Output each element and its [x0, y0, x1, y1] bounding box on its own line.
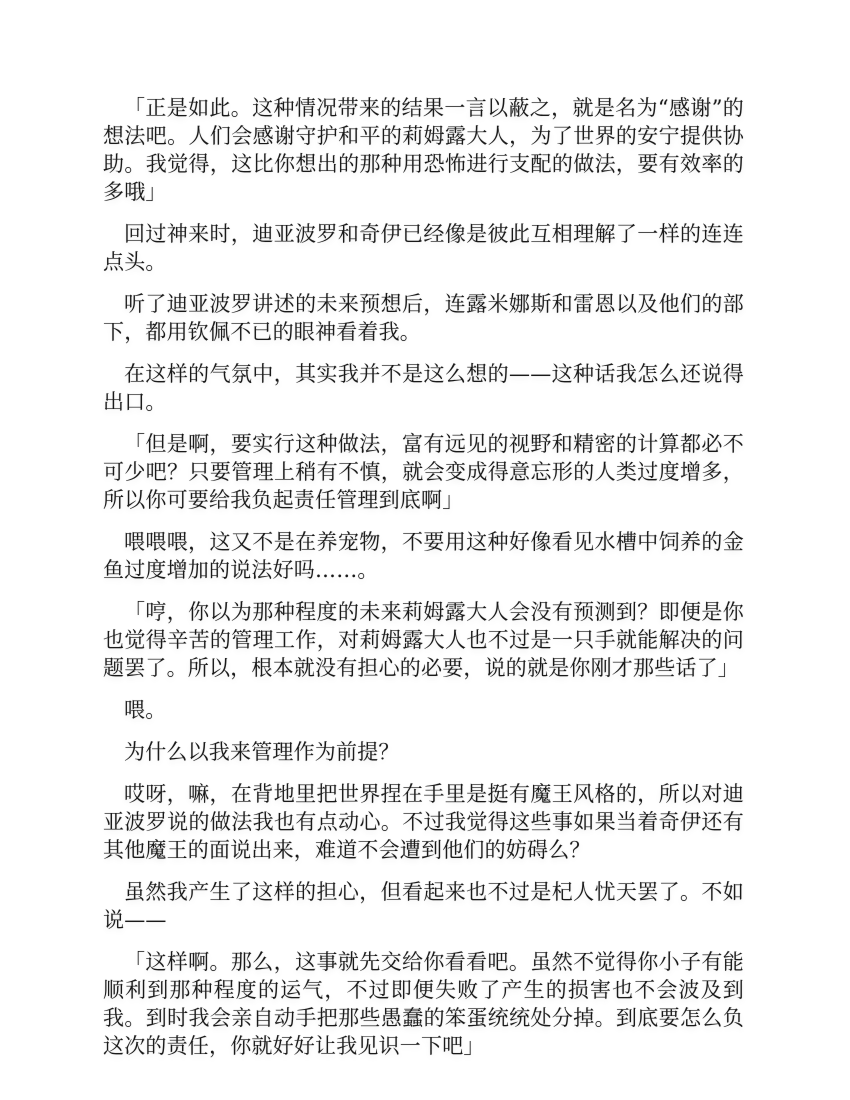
paragraph-narration: 听了迪亚波罗讲述的未来预想后，连露米娜斯和雷恩以及他们的部下，都用钦佩不已的眼神…: [103, 290, 744, 346]
paragraph-dialogue: 「哼，你以为那种程度的未来莉姆露大人会没有预测到？即便是你也觉得辛苦的管理工作，…: [103, 598, 744, 682]
paragraph-narration: 回过神来时，迪亚波罗和奇伊已经像是彼此互相理解了一样的连连点头。: [103, 220, 744, 276]
paragraph-narration: 喂。: [103, 696, 744, 724]
paragraph-narration: 虽然我产生了这样的担心，但看起来也不过是杞人忧天罢了。不如说——: [103, 878, 744, 934]
paragraph-dialogue: 「但是啊，要实行这种做法，富有远见的视野和精密的计算都必不可少吧？只要管理上稍有…: [103, 430, 744, 514]
paragraph-dialogue: 「这样啊。那么，这事就先交给你看看吧。虽然不觉得你小子有能顺利到那种程度的运气，…: [103, 948, 744, 1060]
paragraph-narration: 在这样的气氛中，其实我并不是这么想的——这种话我怎么还说得出口。: [103, 360, 744, 416]
paragraph-narration: 为什么以我来管理作为前提？: [103, 738, 744, 766]
paragraph-narration: 喂喂喂，这又不是在养宠物，不要用这种好像看见水槽中饲养的金鱼过度增加的说法好吗……: [103, 528, 744, 584]
paragraph-dialogue: 「正是如此。这种情况带来的结果一言以蔽之，就是名为“感谢”的想法吧。人们会感谢守…: [103, 94, 744, 206]
document-page: 「正是如此。这种情况带来的结果一言以蔽之，就是名为“感谢”的想法吧。人们会感谢守…: [103, 94, 744, 1074]
paragraph-narration: 哎呀，嘛，在背地里把世界捏在手里是挺有魔王风格的，所以对迪亚波罗说的做法我也有点…: [103, 780, 744, 864]
